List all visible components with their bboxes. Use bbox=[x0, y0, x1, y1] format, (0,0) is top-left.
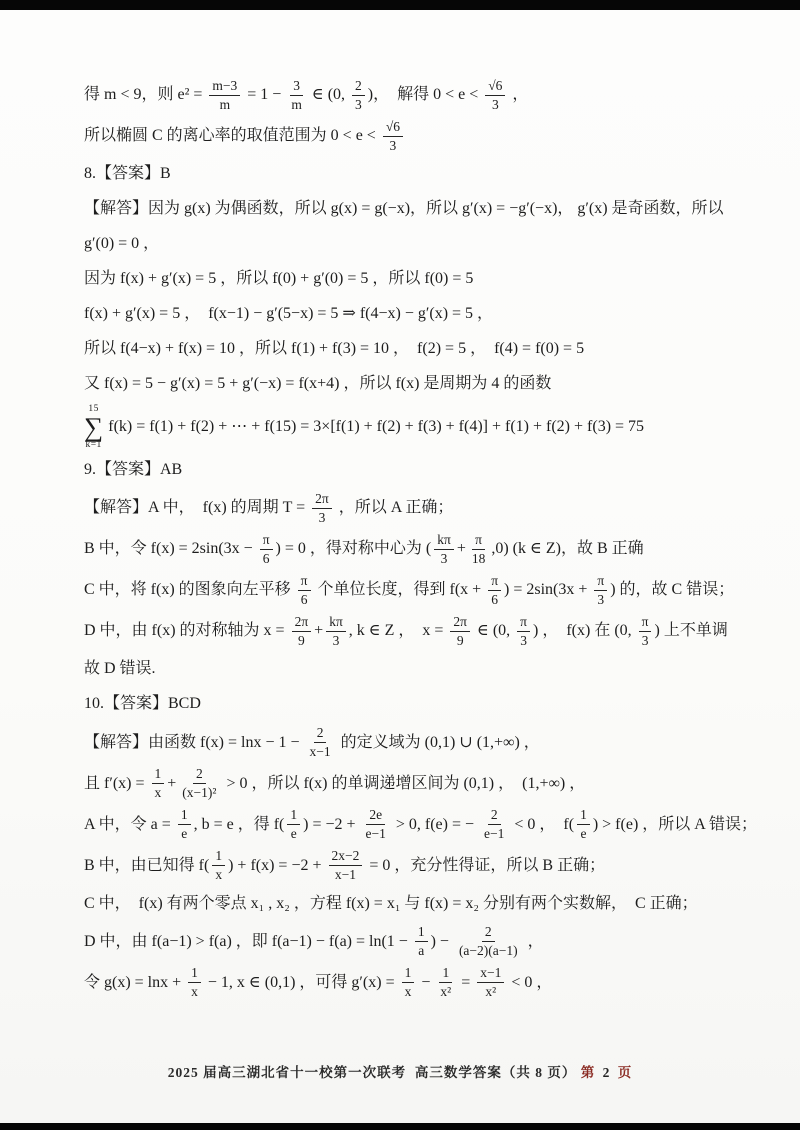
fraction: 2e−1 bbox=[481, 807, 507, 841]
math-text: > 0 ，所以 f(x) 的单调递增区间为 (0,1) ， (1,+∞) ， bbox=[222, 773, 585, 795]
fraction: √63 bbox=[485, 78, 505, 112]
fraction-numerator: 2π bbox=[312, 491, 332, 509]
math-line: C 中， f(x) 有两个零点 x₁ , x₂ ，方程 f(x) = x₁ 与 … bbox=[84, 889, 764, 917]
math-line: 10.【答案】BCD bbox=[84, 690, 764, 718]
fraction-denominator: 3 bbox=[489, 96, 502, 113]
fraction-denominator: e bbox=[288, 825, 300, 842]
math-line: 得 m < 9，则 e² = m−3m = 1 − 3m ∈ (0, 23)， … bbox=[84, 78, 764, 112]
fraction: 2x−1 bbox=[307, 725, 334, 759]
fraction-numerator: √6 bbox=[485, 78, 505, 96]
photo-frame: 得 m < 9，则 e² = m−3m = 1 − 3m ∈ (0, 23)， … bbox=[0, 0, 800, 1130]
footer-page-prefix: 第 bbox=[581, 1065, 596, 1080]
fraction-numerator: π bbox=[488, 573, 501, 591]
math-text: = bbox=[457, 972, 474, 994]
math-text: 个单位长度，得到 f(x + bbox=[314, 579, 486, 601]
fraction: 1x bbox=[188, 965, 201, 999]
fraction: 1e bbox=[577, 807, 590, 841]
fraction-numerator: 1 bbox=[439, 965, 452, 983]
math-text: ) 的，故 C 错误； bbox=[610, 579, 734, 601]
fraction-denominator: 6 bbox=[298, 591, 311, 608]
math-line: 【解答】因为 g(x) 为偶函数，所以 g(x) = g(−x)，所以 g′(x… bbox=[84, 195, 764, 223]
math-text: A 中，令 a = bbox=[84, 814, 175, 836]
math-text: B 中，令 f(x) = 2sin(3x − bbox=[84, 538, 257, 560]
footer-page-number: 2 bbox=[600, 1065, 614, 1080]
fraction-numerator: π bbox=[639, 614, 652, 632]
fraction-denominator: 6 bbox=[488, 591, 501, 608]
fraction-numerator: π bbox=[517, 614, 530, 632]
fraction-numerator: 3 bbox=[290, 78, 303, 96]
math-text: + bbox=[314, 620, 323, 642]
fraction: 2(x−1)² bbox=[179, 766, 219, 800]
fraction-denominator: x² bbox=[482, 983, 499, 1000]
fraction-numerator: kπ bbox=[434, 532, 454, 550]
fraction: π3 bbox=[639, 614, 652, 648]
math-text: ∈ (0, bbox=[308, 84, 349, 106]
answer-lines: 得 m < 9，则 e² = m−3m = 1 − 3m ∈ (0, 23)， … bbox=[84, 78, 764, 1006]
math-text: f(k) = f(1) + f(2) + ⋯ + f(15) = 3×[f(1)… bbox=[108, 416, 644, 438]
math-line: 因为 f(x) + g′(x) = 5 ，所以 f(0) + g′(0) = 5… bbox=[84, 265, 764, 293]
math-text: ,0) (k ∈ Z)，故 B 正确 bbox=[491, 538, 643, 560]
math-line: 所以 f(4−x) + f(x) = 10 ，所以 f(1) + f(3) = … bbox=[84, 335, 764, 363]
fraction: 2x−2x−1 bbox=[329, 848, 363, 882]
math-line: 故 D 错误. bbox=[84, 655, 764, 683]
fraction-numerator: 2 bbox=[314, 725, 327, 743]
fraction-numerator: 2π bbox=[450, 614, 470, 632]
fraction-denominator: e−1 bbox=[481, 825, 507, 842]
math-text: 所以椭圆 C 的离心率的取值范围为 0 < e < bbox=[84, 125, 380, 147]
math-text: 【解答】因为 g(x) 为偶函数，所以 g(x) = g(−x)，所以 g′(x… bbox=[84, 198, 724, 220]
fraction-numerator: 2x−2 bbox=[329, 848, 363, 866]
fraction-denominator: 9 bbox=[454, 632, 467, 649]
math-text: − bbox=[417, 972, 434, 994]
fraction-denominator: 6 bbox=[260, 550, 273, 567]
fraction-numerator: π bbox=[594, 573, 607, 591]
fraction: 2π9 bbox=[450, 614, 470, 648]
fraction: 1x bbox=[152, 766, 165, 800]
math-text: 8.【答案】B bbox=[84, 163, 171, 185]
fraction-numerator: 1 bbox=[188, 965, 201, 983]
math-line: 8.【答案】B bbox=[84, 160, 764, 188]
math-text: 令 g(x) = lnx + bbox=[84, 972, 185, 994]
fraction-denominator: 3 bbox=[316, 509, 329, 526]
fraction: x−1x² bbox=[477, 965, 504, 999]
math-text: )， 解得 0 < e < bbox=[368, 84, 482, 106]
fraction-denominator: x bbox=[212, 866, 225, 883]
math-text: B 中，由已知得 f( bbox=[84, 855, 209, 877]
math-text: > 0, f(e) = − bbox=[392, 814, 478, 836]
fraction-denominator: x−1 bbox=[307, 743, 334, 760]
math-text: ∈ (0, bbox=[473, 620, 514, 642]
math-text: ) = 2sin(3x + bbox=[504, 579, 591, 601]
fraction-denominator: m bbox=[217, 96, 234, 113]
math-text: , k ∈ Z ， x = bbox=[349, 620, 448, 642]
fraction-denominator: (x−1)² bbox=[179, 784, 219, 801]
footer-page-suffix: 页 bbox=[618, 1065, 633, 1080]
math-line: D 中，由 f(x) 的对称轴为 x = 2π9+kπ3, k ∈ Z ， x … bbox=[84, 614, 764, 648]
math-text: ，所以 A 正确； bbox=[335, 497, 454, 519]
math-text: ) ， f(x) 在 (0, bbox=[533, 620, 636, 642]
fraction: kπ3 bbox=[326, 614, 346, 648]
math-line: B 中，令 f(x) = 2sin(3x − π6) = 0 ，得对称中心为 (… bbox=[84, 532, 764, 566]
math-text: 的定义域为 (0,1) ∪ (1,+∞) ， bbox=[337, 732, 540, 754]
fraction-denominator: 3 bbox=[387, 137, 400, 154]
math-text: D 中，由 f(a−1) > f(a) ，即 f(a−1) − f(a) = l… bbox=[84, 931, 412, 953]
math-line: 令 g(x) = lnx + 1x − 1, x ∈ (0,1) ，可得 g′(… bbox=[84, 965, 764, 999]
fraction-numerator: 1 bbox=[287, 807, 300, 825]
math-text: 故 D 错误. bbox=[84, 658, 156, 680]
fraction-denominator: a bbox=[415, 942, 427, 959]
fraction-denominator: 18 bbox=[469, 550, 489, 567]
math-text: 得 m < 9，则 e² = bbox=[84, 84, 206, 106]
footer-title: 2025 届高三湖北省十一校第一次联考 高三数学答案（共 8 页） bbox=[168, 1065, 577, 1080]
fraction-denominator: 3 bbox=[330, 632, 343, 649]
math-line: 15∑k=1f(k) = f(1) + f(2) + ⋯ + f(15) = 3… bbox=[84, 405, 764, 449]
math-text: ， bbox=[524, 931, 544, 953]
fraction-numerator: 2e bbox=[366, 807, 385, 825]
math-text: + bbox=[167, 773, 176, 795]
math-text: ) = −2 + bbox=[303, 814, 359, 836]
fraction-denominator: x−1 bbox=[332, 866, 359, 883]
fraction: 3m bbox=[288, 78, 305, 112]
fraction: 1e bbox=[178, 807, 191, 841]
math-text: ) − bbox=[431, 931, 453, 953]
fraction-numerator: m−3 bbox=[209, 78, 240, 96]
math-text: , b = e ，得 f( bbox=[194, 814, 285, 836]
math-text: < 0 ， bbox=[507, 972, 552, 994]
fraction-denominator: 3 bbox=[438, 550, 451, 567]
math-line: D 中，由 f(a−1) > f(a) ，即 f(a−1) − f(a) = l… bbox=[84, 924, 764, 958]
math-line: 【解答】由函数 f(x) = lnx − 1 − 2x−1 的定义域为 (0,1… bbox=[84, 725, 764, 759]
fraction-denominator: e−1 bbox=[363, 825, 389, 842]
math-text: ， bbox=[508, 84, 528, 106]
math-text: 【解答】A 中， f(x) 的周期 T = bbox=[84, 497, 309, 519]
math-line: g′(0) = 0 ， bbox=[84, 230, 764, 258]
math-text: 10.【答案】BCD bbox=[84, 693, 201, 715]
fraction-denominator: x² bbox=[437, 983, 454, 1000]
math-text: 9.【答案】AB bbox=[84, 459, 182, 481]
fraction: π6 bbox=[260, 532, 273, 566]
fraction-numerator: π bbox=[472, 532, 485, 550]
fraction-numerator: 2π bbox=[292, 614, 312, 632]
fraction-numerator: 1 bbox=[178, 807, 191, 825]
math-text: 且 f′(x) = bbox=[84, 773, 149, 795]
fraction-numerator: π bbox=[298, 573, 311, 591]
fraction: m−3m bbox=[209, 78, 240, 112]
math-line: 所以椭圆 C 的离心率的取值范围为 0 < e < √63 bbox=[84, 119, 764, 153]
math-text: − 1, x ∈ (0,1) ，可得 g′(x) = bbox=[204, 972, 399, 994]
fraction-denominator: 3 bbox=[639, 632, 652, 649]
fraction: π3 bbox=[517, 614, 530, 648]
answer-sheet-page: 得 m < 9，则 e² = m−3m = 1 − 3m ∈ (0, 23)， … bbox=[0, 10, 800, 1123]
fraction-numerator: 1 bbox=[415, 924, 428, 942]
fraction: π3 bbox=[594, 573, 607, 607]
math-line: A 中，令 a = 1e, b = e ，得 f(1e) = −2 + 2ee−… bbox=[84, 807, 764, 841]
math-text: C 中，将 f(x) 的图象向左平移 bbox=[84, 579, 295, 601]
fraction-numerator: 1 bbox=[577, 807, 590, 825]
fraction-denominator: x bbox=[152, 784, 165, 801]
math-text: ) 上不单调 bbox=[654, 620, 727, 642]
fraction-numerator: 2 bbox=[352, 78, 365, 96]
math-text: 所以 f(4−x) + f(x) = 10 ，所以 f(1) + f(3) = … bbox=[84, 338, 584, 360]
fraction: 2(a−2)(a−1) bbox=[456, 924, 521, 958]
math-line: 又 f(x) = 5 − g′(x) = 5 + g′(−x) = f(x+4)… bbox=[84, 370, 764, 398]
math-text: ) > f(e) ，所以 A 错误； bbox=[593, 814, 757, 836]
fraction-numerator: 1 bbox=[212, 848, 225, 866]
fraction-numerator: 2 bbox=[482, 924, 495, 942]
fraction: 1x bbox=[402, 965, 415, 999]
fraction: π6 bbox=[298, 573, 311, 607]
math-line: C 中，将 f(x) 的图象向左平移 π6 个单位长度，得到 f(x + π6)… bbox=[84, 573, 764, 607]
fraction: kπ3 bbox=[434, 532, 454, 566]
fraction-denominator: e bbox=[178, 825, 190, 842]
fraction-denominator: 9 bbox=[295, 632, 308, 649]
fraction: π18 bbox=[469, 532, 489, 566]
math-text: = 1 − bbox=[243, 84, 285, 106]
fraction: 2π9 bbox=[292, 614, 312, 648]
math-text: 因为 f(x) + g′(x) = 5 ，所以 f(0) + g′(0) = 5… bbox=[84, 268, 473, 290]
math-text: D 中，由 f(x) 的对称轴为 x = bbox=[84, 620, 289, 642]
fraction-numerator: 1 bbox=[152, 766, 165, 784]
footer: 2025 届高三湖北省十一校第一次联考 高三数学答案（共 8 页） 第 2 页 bbox=[0, 1061, 800, 1081]
sigma-icon: ∑ bbox=[84, 414, 103, 441]
fraction-denominator: 3 bbox=[352, 96, 365, 113]
fraction-numerator: 2 bbox=[193, 766, 206, 784]
math-line: 【解答】A 中， f(x) 的周期 T = 2π3 ，所以 A 正确； bbox=[84, 491, 764, 525]
fraction-numerator: √6 bbox=[383, 119, 403, 137]
fraction-numerator: π bbox=[260, 532, 273, 550]
math-text: ) = 0 ，得对称中心为 ( bbox=[276, 538, 432, 560]
fraction: √63 bbox=[383, 119, 403, 153]
math-line: B 中，由已知得 f(1x) + f(x) = −2 + 2x−2x−1 = 0… bbox=[84, 848, 764, 882]
math-text: ) + f(x) = −2 + bbox=[228, 855, 325, 877]
fraction: 1e bbox=[287, 807, 300, 841]
fraction: 2π3 bbox=[312, 491, 332, 525]
math-text: < 0 ， f( bbox=[510, 814, 574, 836]
fraction-numerator: 1 bbox=[402, 965, 415, 983]
math-text: C 中， f(x) 有两个零点 x₁ , x₂ ，方程 f(x) = x₁ 与 … bbox=[84, 893, 698, 915]
fraction: 1a bbox=[415, 924, 428, 958]
math-text: = 0 ，充分性得证，所以 B 正确； bbox=[365, 855, 605, 877]
math-line: f(x) + g′(x) = 5 ， f(x−1) − g′(5−x) = 5 … bbox=[84, 300, 764, 328]
fraction-denominator: 3 bbox=[517, 632, 530, 649]
fraction: 1x bbox=[212, 848, 225, 882]
fraction-denominator: e bbox=[577, 825, 589, 842]
math-line: 且 f′(x) = 1x+2(x−1)² > 0 ，所以 f(x) 的单调递增区… bbox=[84, 766, 764, 800]
fraction: 1x² bbox=[437, 965, 454, 999]
math-text: f(x) + g′(x) = 5 ， f(x−1) − g′(5−x) = 5 … bbox=[84, 303, 493, 325]
fraction-numerator: kπ bbox=[326, 614, 346, 632]
fraction-denominator: 3 bbox=[594, 591, 607, 608]
fraction: 23 bbox=[352, 78, 365, 112]
fraction: π6 bbox=[488, 573, 501, 607]
fraction-numerator: 2 bbox=[488, 807, 501, 825]
math-line: 9.【答案】AB bbox=[84, 456, 764, 484]
math-text: 【解答】由函数 f(x) = lnx − 1 − bbox=[84, 732, 304, 754]
sigma-sum: 15∑k=1 bbox=[84, 405, 103, 449]
math-text: + bbox=[457, 538, 466, 560]
fraction-denominator: x bbox=[402, 983, 415, 1000]
math-text: 又 f(x) = 5 − g′(x) = 5 + g′(−x) = f(x+4)… bbox=[84, 373, 551, 395]
fraction-numerator: x−1 bbox=[477, 965, 504, 983]
fraction-denominator: x bbox=[188, 983, 201, 1000]
fraction: 2ee−1 bbox=[363, 807, 389, 841]
fraction-denominator: (a−2)(a−1) bbox=[456, 942, 521, 959]
sigma-lower-limit: k=1 bbox=[85, 441, 101, 450]
math-text: g′(0) = 0 ， bbox=[84, 233, 159, 255]
fraction-denominator: m bbox=[288, 96, 305, 113]
